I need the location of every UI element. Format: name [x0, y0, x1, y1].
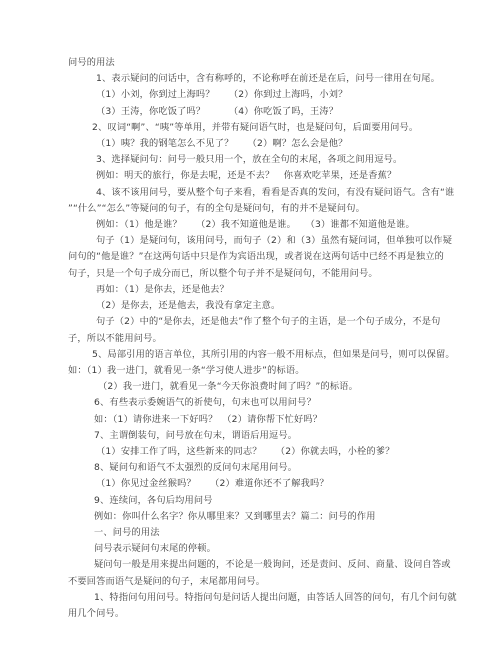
- text-line: 一、问号的用法: [94, 527, 160, 539]
- text-line: 例如：明天的旅行，你是去呢，还是不去？ 你喜欢吃苹果，还是香蕉？: [96, 170, 396, 182]
- text-line: 9、连续问，各句后均用问号: [94, 495, 213, 507]
- text-line: 疑问句一般是用来提出问题的，不论是一般询问，还是责问、反问、商量、设问自答或: [94, 559, 451, 571]
- text-line: 7、主谓倒装句，问号放在句末，谓语后用逗号。: [94, 430, 297, 442]
- text-line: 如：（1）我一进门，就看见一条“学习使人进步”的标语。: [68, 365, 305, 377]
- text-line: 4、该不该用问号，要从整个句子来看，看看是否真的发问，有没有疑问语气。含有“谁: [96, 187, 454, 199]
- text-line: （2）我一进门，就看见一条“今天你浪费时间了吗？”的标语。: [98, 381, 358, 393]
- text-line: 再如：（1）是你去，还是他去？: [96, 284, 229, 296]
- text-line: 6、有些表示委婉语气的祈使句，句末也可以用问号？: [94, 397, 316, 409]
- text-line: 句子（2）中的“是你去，还是他去”作了整个句子的主语，是一个句子成分，不是句: [96, 316, 441, 328]
- text-line: （2）是你去，还是他去，我没有拿定主意。: [96, 300, 280, 312]
- text-line: （1）咦？我的钢笔怎么不见了？ （2）啊？怎么会是他？: [96, 138, 348, 150]
- text-line: 例如：（1）他是谁？ （2）我不知道他是谁。 （3）谁都不知道他是谁。: [96, 219, 415, 231]
- text-line: 例如：你叫什么名字？你从哪里来？又到哪里去？篇二：问号的作用: [94, 511, 376, 523]
- text-line: （1）安排工作了吗，这些新来的同志？ （2）你就去吗，小栓的爹？: [96, 446, 395, 458]
- text-line: （1）你见过金丝猴吗？ （2）难道你还不了解我吗？: [96, 478, 329, 490]
- text-line: （1）小刘，你到过上海吗？ （2）你到过上海吗，小刘？: [96, 89, 348, 101]
- text-line: 问句的“他是谁？”在这两句话中只是作为宾语出现，或者说在这两句话中已经不再是独立…: [68, 251, 444, 263]
- text-line: 2、叹词“啊”、“咦”等单用，并带有疑问语气时，也是疑问句，后面要用问号。: [92, 122, 418, 134]
- text-line: 1、特指问句用问号。特指问句是问话人提出问题，由答话人回答的问句，有几个问句就: [94, 592, 457, 604]
- text-line: ”“什么”“怎么”等疑问的句子，有的全句是疑问句，有的并不是疑问句。: [68, 203, 365, 215]
- document-title: 问号的用法: [68, 57, 115, 69]
- text-line: 不要回答而语气是疑问的句子，末尾都用问号。: [68, 576, 265, 588]
- text-line: 子，所以不能用问号。: [68, 333, 162, 345]
- text-line: 句子，只是一个句子成分而已，所以整个句子并不是疑问句，不能用问号。: [68, 268, 378, 280]
- text-line: 问号表示疑问句末尾的停顿。: [94, 543, 216, 555]
- text-line: 句子（1）是疑问句，该用问号，而句子（2）和（3）虽然有疑问词，但单独可以作疑: [96, 235, 452, 247]
- text-line: 5、局部引用的语言单位，其所引用的内容一般不用标点，但如果是问号，则可以保留。: [92, 349, 455, 361]
- text-line: 如：（1）请你进来一下好吗？ （2）请你帮下忙好吗？: [94, 414, 322, 426]
- text-line: 8、疑问句和语气不太强烈的反问句末尾用问号。: [94, 462, 297, 474]
- text-line: （3）王涛，你吃饭了吗？ （4）你吃饭了吗，王涛？: [96, 106, 338, 118]
- text-line: 用几个问号。: [68, 608, 124, 620]
- document-page: 问号的用法1、表示疑问的问话中，含有称呼的，不论称呼在前还是在后，问号一律用在句…: [0, 0, 500, 647]
- text-line: 1、表示疑问的问话中，含有称呼的，不论称呼在前还是在后，问号一律用在句尾。: [96, 73, 440, 85]
- text-line: 3、选择疑问句：问号一般只用一个，放在全句的末尾，各项之间用逗号。: [96, 154, 402, 166]
